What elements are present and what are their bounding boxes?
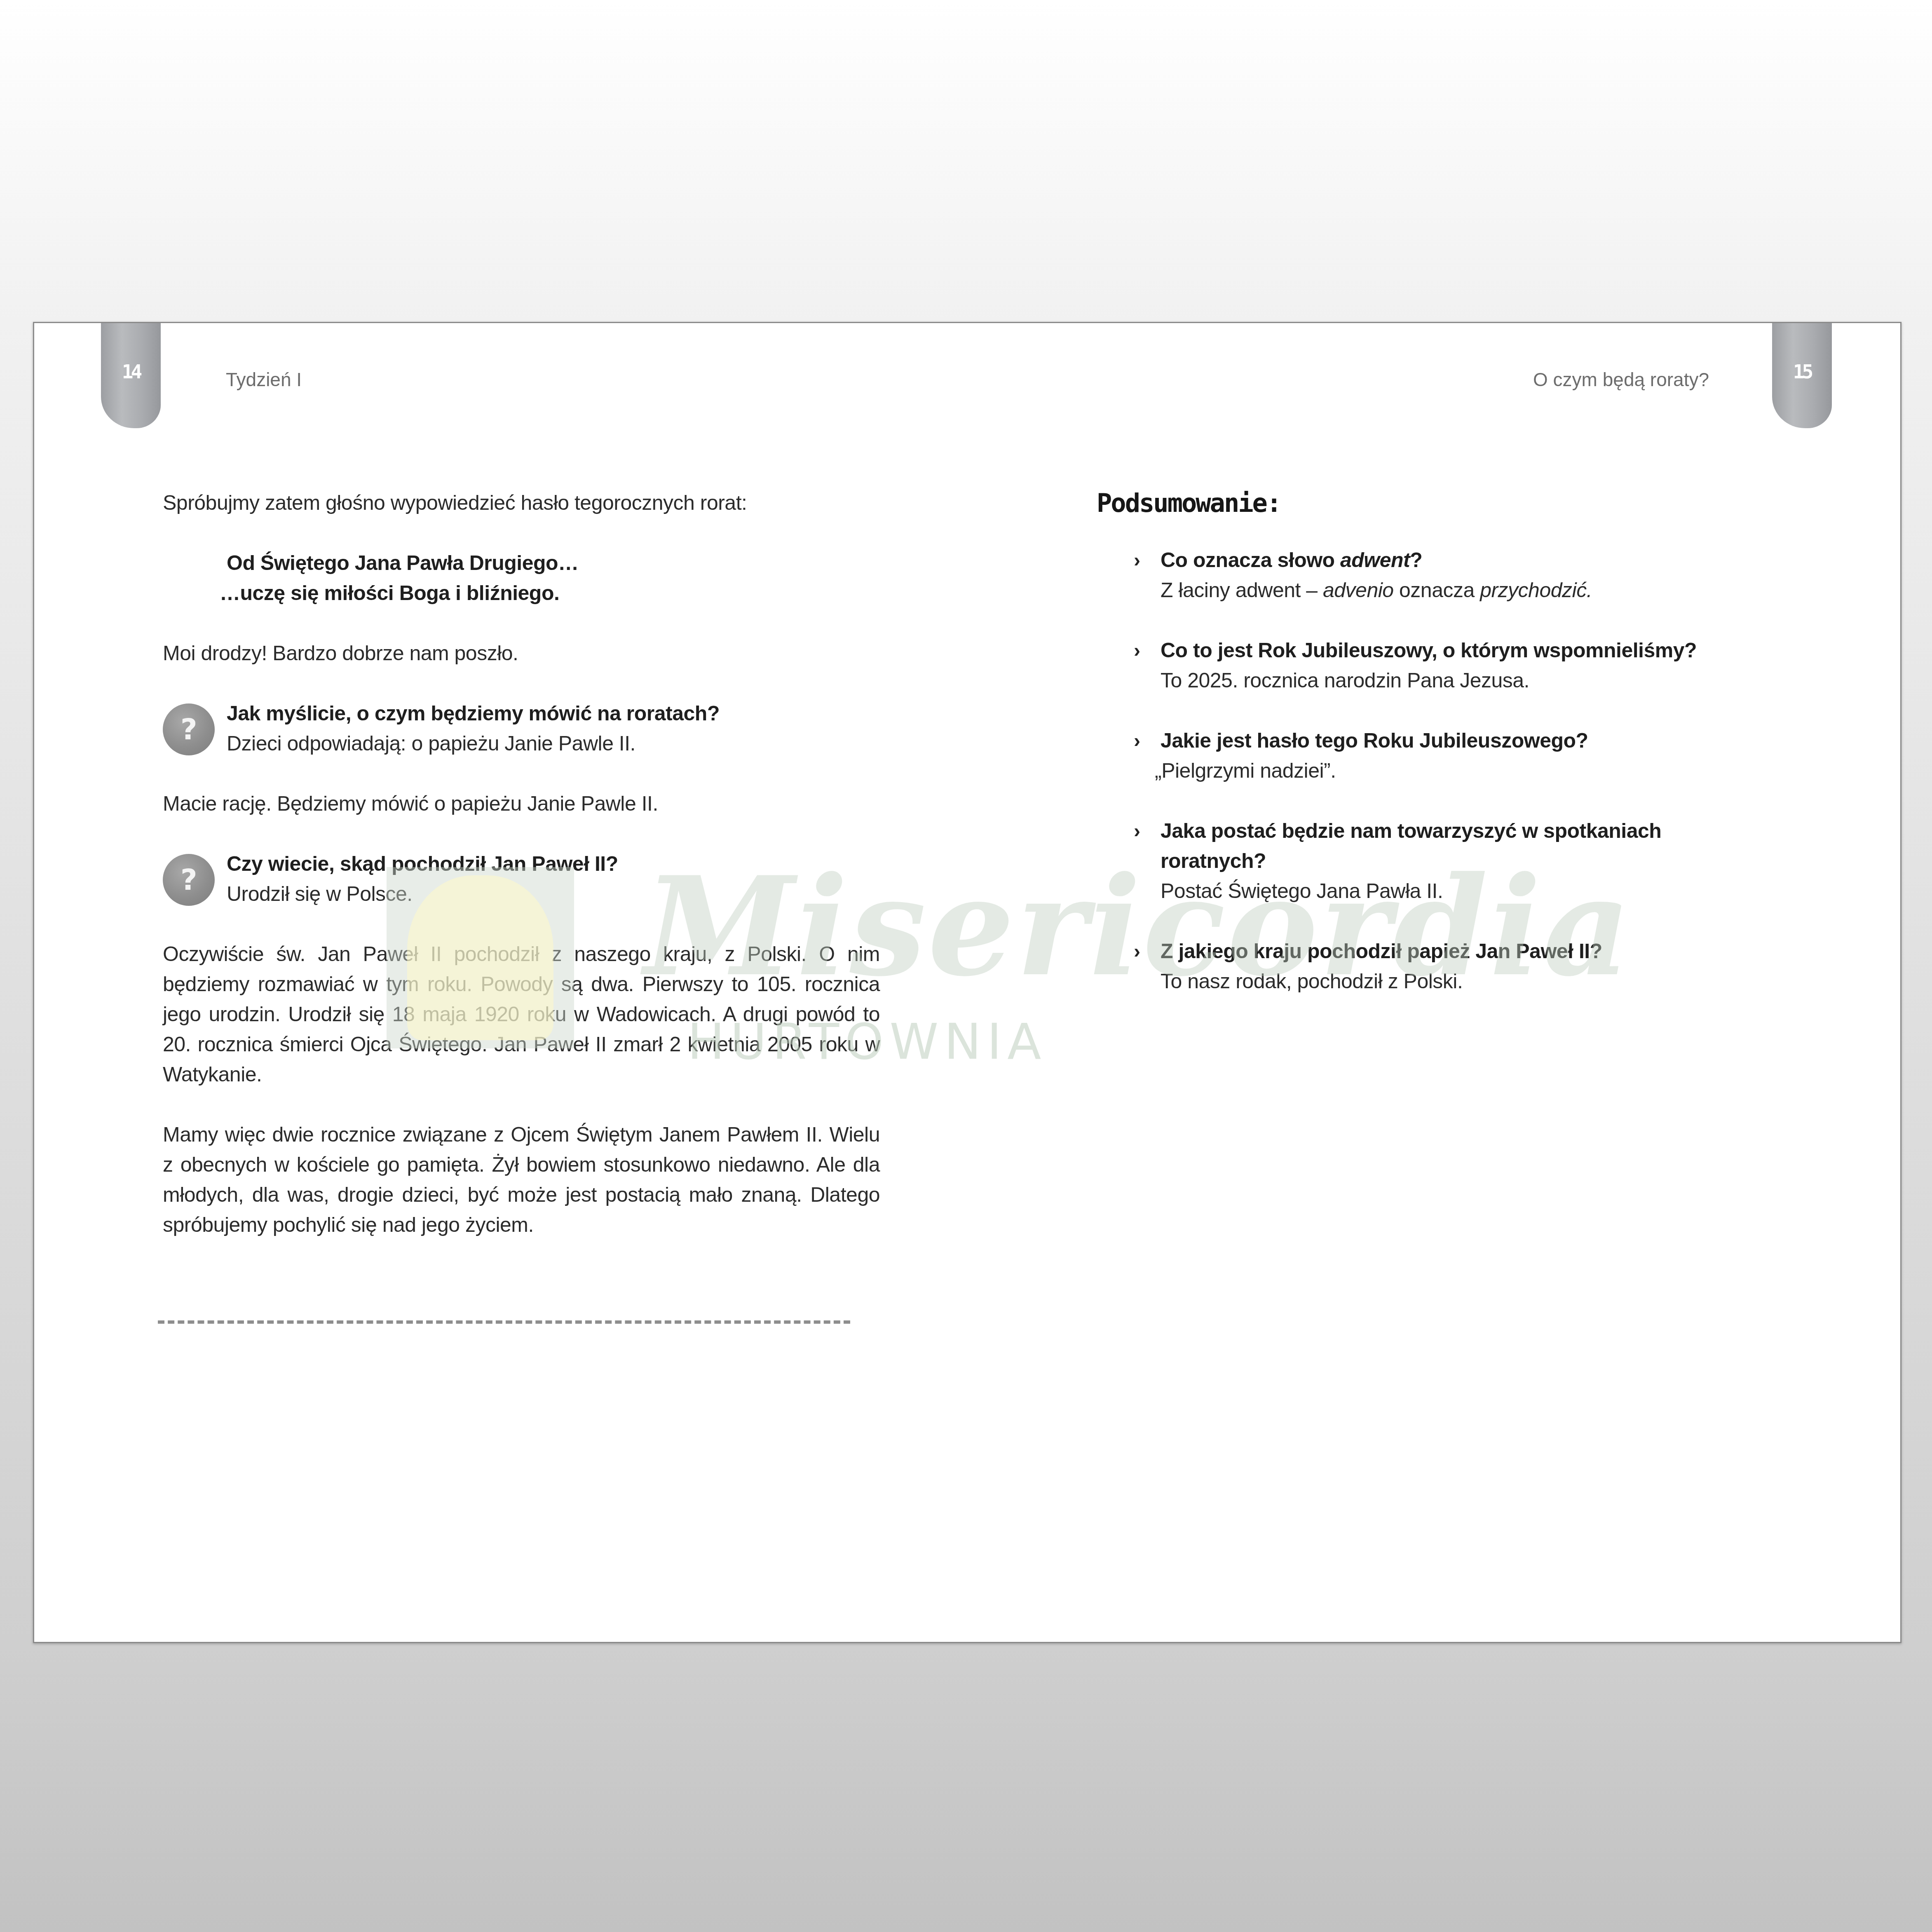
book-spread: 14 Tydzień I Spróbujmy zatem głośno wypo… bbox=[33, 322, 1902, 1643]
question-1-answer: Dzieci odpowiadają: o papieżu Janie Pawl… bbox=[227, 729, 880, 759]
page-number-right: 15 bbox=[1793, 361, 1811, 383]
confirm-paragraph: Macie rację. Będziemy mówić o papieżu Ja… bbox=[163, 789, 880, 819]
left-page-content: Spróbujmy zatem głośno wypowiedzieć hasł… bbox=[163, 488, 880, 1240]
anniversaries-paragraph: Mamy więc dwie rocznice związane z Ojcem… bbox=[163, 1120, 880, 1240]
question-block-1: ? Jak myślicie, o czym będziemy mówić na… bbox=[163, 699, 880, 759]
summary-item: › Jakie jest hasło tego Roku Jubileuszow… bbox=[1097, 726, 1797, 786]
chevron-right-icon: › bbox=[1134, 816, 1140, 846]
chevron-right-icon: › bbox=[1134, 936, 1140, 966]
summary-item: › Co oznacza słowo adwent? Z łaciny adwe… bbox=[1097, 545, 1797, 605]
summary-heading: Podsumowanie: bbox=[1097, 488, 1797, 518]
chevron-right-icon: › bbox=[1134, 726, 1140, 756]
summary-answer: To nasz rodak, pochodził z Polski. bbox=[1161, 966, 1797, 996]
page-number-tab-right: 15 bbox=[1772, 323, 1832, 428]
chevron-right-icon: › bbox=[1134, 635, 1140, 666]
slogan-line-2: …uczę się miłości Boga i bliźniego. bbox=[163, 578, 880, 608]
summary-item: › Z jakiego kraju pochodził papież Jan P… bbox=[1097, 936, 1797, 996]
dashed-divider bbox=[158, 1320, 850, 1324]
question-mark-icon: ? bbox=[163, 854, 215, 906]
slogan-line-1: Od Świętego Jana Pawła Drugiego… bbox=[163, 548, 880, 578]
summary-question: Co oznacza słowo adwent? bbox=[1161, 545, 1797, 575]
question-2-answer: Urodził się w Polsce. bbox=[227, 879, 880, 909]
right-page-content: Podsumowanie: › Co oznacza słowo adwent?… bbox=[1097, 488, 1797, 1027]
summary-answer: „Pielgrzymi nadziei”. bbox=[1155, 756, 1797, 786]
question-2-text: Czy wiecie, skąd pochodził Jan Paweł II? bbox=[227, 849, 880, 879]
page-number-left: 14 bbox=[122, 361, 140, 383]
question-1-text: Jak myślicie, o czym będziemy mówić na r… bbox=[227, 699, 880, 729]
intro-paragraph: Spróbujmy zatem głośno wypowiedzieć hasł… bbox=[163, 488, 880, 518]
summary-answer: To 2025. rocznica narodzin Pana Jezusa. bbox=[1161, 666, 1797, 696]
summary-question: Co to jest Rok Jubileuszowy, o którym ws… bbox=[1161, 635, 1797, 666]
question-mark-icon: ? bbox=[163, 703, 215, 755]
summary-answer: Z łaciny adwent – advenio oznacza przych… bbox=[1161, 575, 1797, 605]
running-head-left: Tydzień I bbox=[226, 368, 302, 391]
reasons-paragraph: Oczywiście św. Jan Paweł II pochodził z … bbox=[163, 939, 880, 1090]
question-block-2: ? Czy wiecie, skąd pochodził Jan Paweł I… bbox=[163, 849, 880, 909]
summary-question: Jakie jest hasło tego Roku Jubileuszoweg… bbox=[1161, 726, 1797, 756]
summary-question: Jaka postać będzie nam towarzyszyć w spo… bbox=[1161, 816, 1705, 876]
slogan: Od Świętego Jana Pawła Drugiego… …uczę s… bbox=[163, 548, 880, 608]
page-number-tab-left: 14 bbox=[101, 323, 161, 428]
chevron-right-icon: › bbox=[1134, 545, 1140, 575]
running-head-right: O czym będą roraty? bbox=[1533, 368, 1709, 391]
summary-question: Z jakiego kraju pochodził papież Jan Paw… bbox=[1161, 936, 1797, 966]
summary-item: › Co to jest Rok Jubileuszowy, o którym … bbox=[1097, 635, 1797, 696]
praise-paragraph: Moi drodzy! Bardzo dobrze nam poszło. bbox=[163, 638, 880, 668]
summary-answer: Postać Świętego Jana Pawła II. bbox=[1161, 876, 1797, 906]
summary-item: › Jaka postać będzie nam towarzyszyć w s… bbox=[1097, 816, 1797, 906]
